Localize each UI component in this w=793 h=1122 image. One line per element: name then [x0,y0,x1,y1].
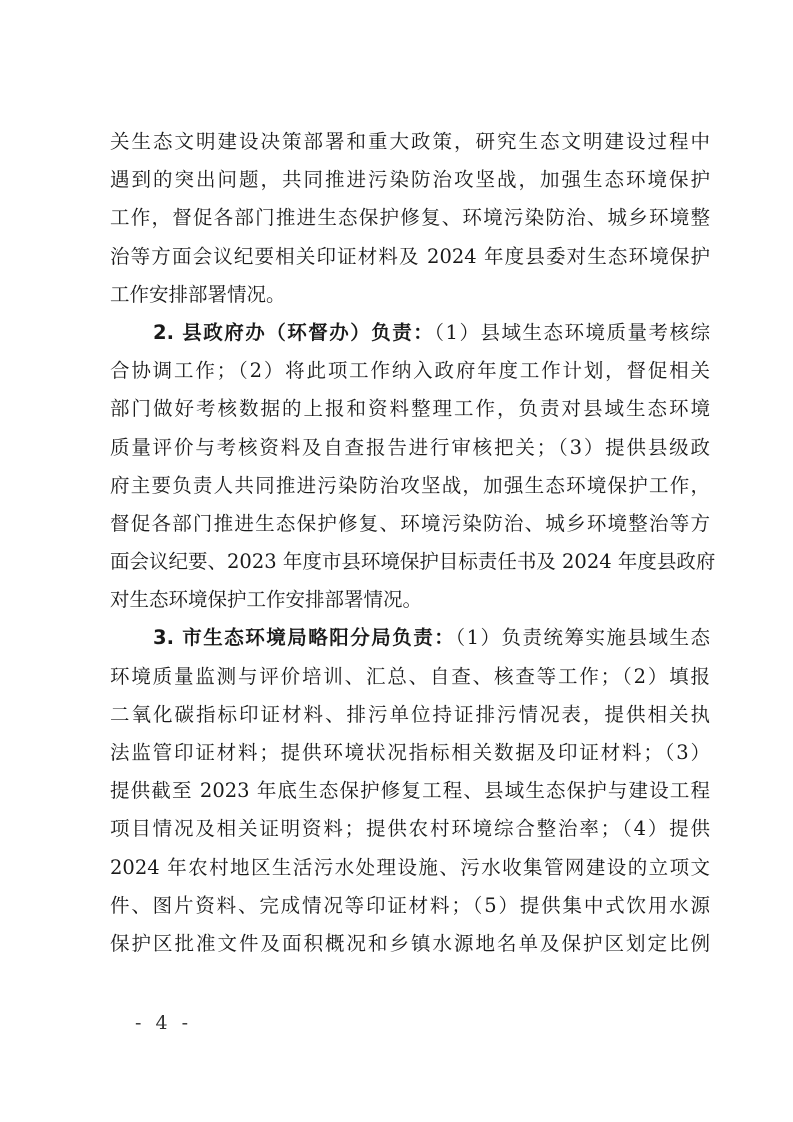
section-heading: 2. 县政府办（环督办）负责： [153,321,434,344]
text-line: 督促各部门推进生态保护修复、环境污染防治、城乡环境整治等方 [110,505,710,543]
paragraph-first-line: 3. 市生态环境局略阳分局负责：（1）负责统筹实施县域生态 [110,619,710,657]
text-line: 提供截至 2023 年底生态保护修复工程、县域生态保护与建设工程 [110,772,710,810]
paragraph-1: 关生态文明建设决策部署和重大政策，研究生态文明建设过程中 遇到的突出问题，共同推… [110,123,710,314]
text-line: 对生态环境保护工作安排部署情况。 [110,581,710,619]
text-line: 环境质量监测与评价培训、汇总、自查、核查等工作；（2）填报 [110,658,710,696]
text-line: 法监管印证材料；提供环境状况指标相关数据及印证材料；（3） [110,734,710,772]
text-line: 府主要负责人共同推进污染防治攻坚战，加强生态环境保护工作， [110,467,710,505]
text-line: 遇到的突出问题，共同推进污染防治攻坚战，加强生态环境保护 [110,161,710,199]
section-heading: 3. 市生态环境局略阳分局负责： [153,626,455,649]
text-run: （1）负责统筹实施县域生态 [455,626,710,649]
text-line: 项目情况及相关证明资料；提供农村环境综合整治率；（4）提供 [110,810,710,848]
text-line: 工作，督促各部门推进生态保护修复、环境污染防治、城乡环境整 [110,199,710,237]
text-line: 面会议纪要、2023 年度市县环境保护目标责任书及 2024 年度县政府 [110,543,710,581]
paragraph-2: 2. 县政府办（环督办）负责：（1）县域生态环境质量考核综 合协调工作；（2）将… [110,314,710,620]
text-run: （1）县域生态环境质量考核综 [434,321,710,344]
text-line: 治等方面会议纪要相关印证材料及 2024 年度县委对生态环境保护 [110,238,710,276]
text-line: 质量评价与考核资料及自查报告进行审核把关；（3）提供县级政 [110,429,710,467]
text-line: 二氧化碳指标印证材料、排污单位持证排污情况表，提供相关执 [110,696,710,734]
page-number: - 4 - [135,1012,192,1034]
text-line: 部门做好考核数据的上报和资料整理工作，负责对县域生态环境 [110,390,710,428]
paragraph-first-line: 2. 县政府办（环督办）负责：（1）县域生态环境质量考核综 [110,314,710,352]
text-line: 关生态文明建设决策部署和重大政策，研究生态文明建设过程中 [110,123,710,161]
document-body: 关生态文明建设决策部署和重大政策，研究生态文明建设过程中 遇到的突出问题，共同推… [110,123,710,963]
text-line: 合协调工作；（2）将此项工作纳入政府年度工作计划，督促相关 [110,352,710,390]
text-line: 工作安排部署情况。 [110,276,710,314]
paragraph-3: 3. 市生态环境局略阳分局负责：（1）负责统筹实施县域生态 环境质量监测与评价培… [110,619,710,963]
text-line: 2024 年农村地区生活污水处理设施、污水收集管网建设的立项文 [110,849,710,887]
document-page: 关生态文明建设决策部署和重大政策，研究生态文明建设过程中 遇到的突出问题，共同推… [0,0,793,1122]
text-line: 保护区批准文件及面积概况和乡镇水源地名单及保护区划定比例 [110,925,710,963]
text-line: 件、图片资料、完成情况等印证材料；（5）提供集中式饮用水源 [110,887,710,925]
